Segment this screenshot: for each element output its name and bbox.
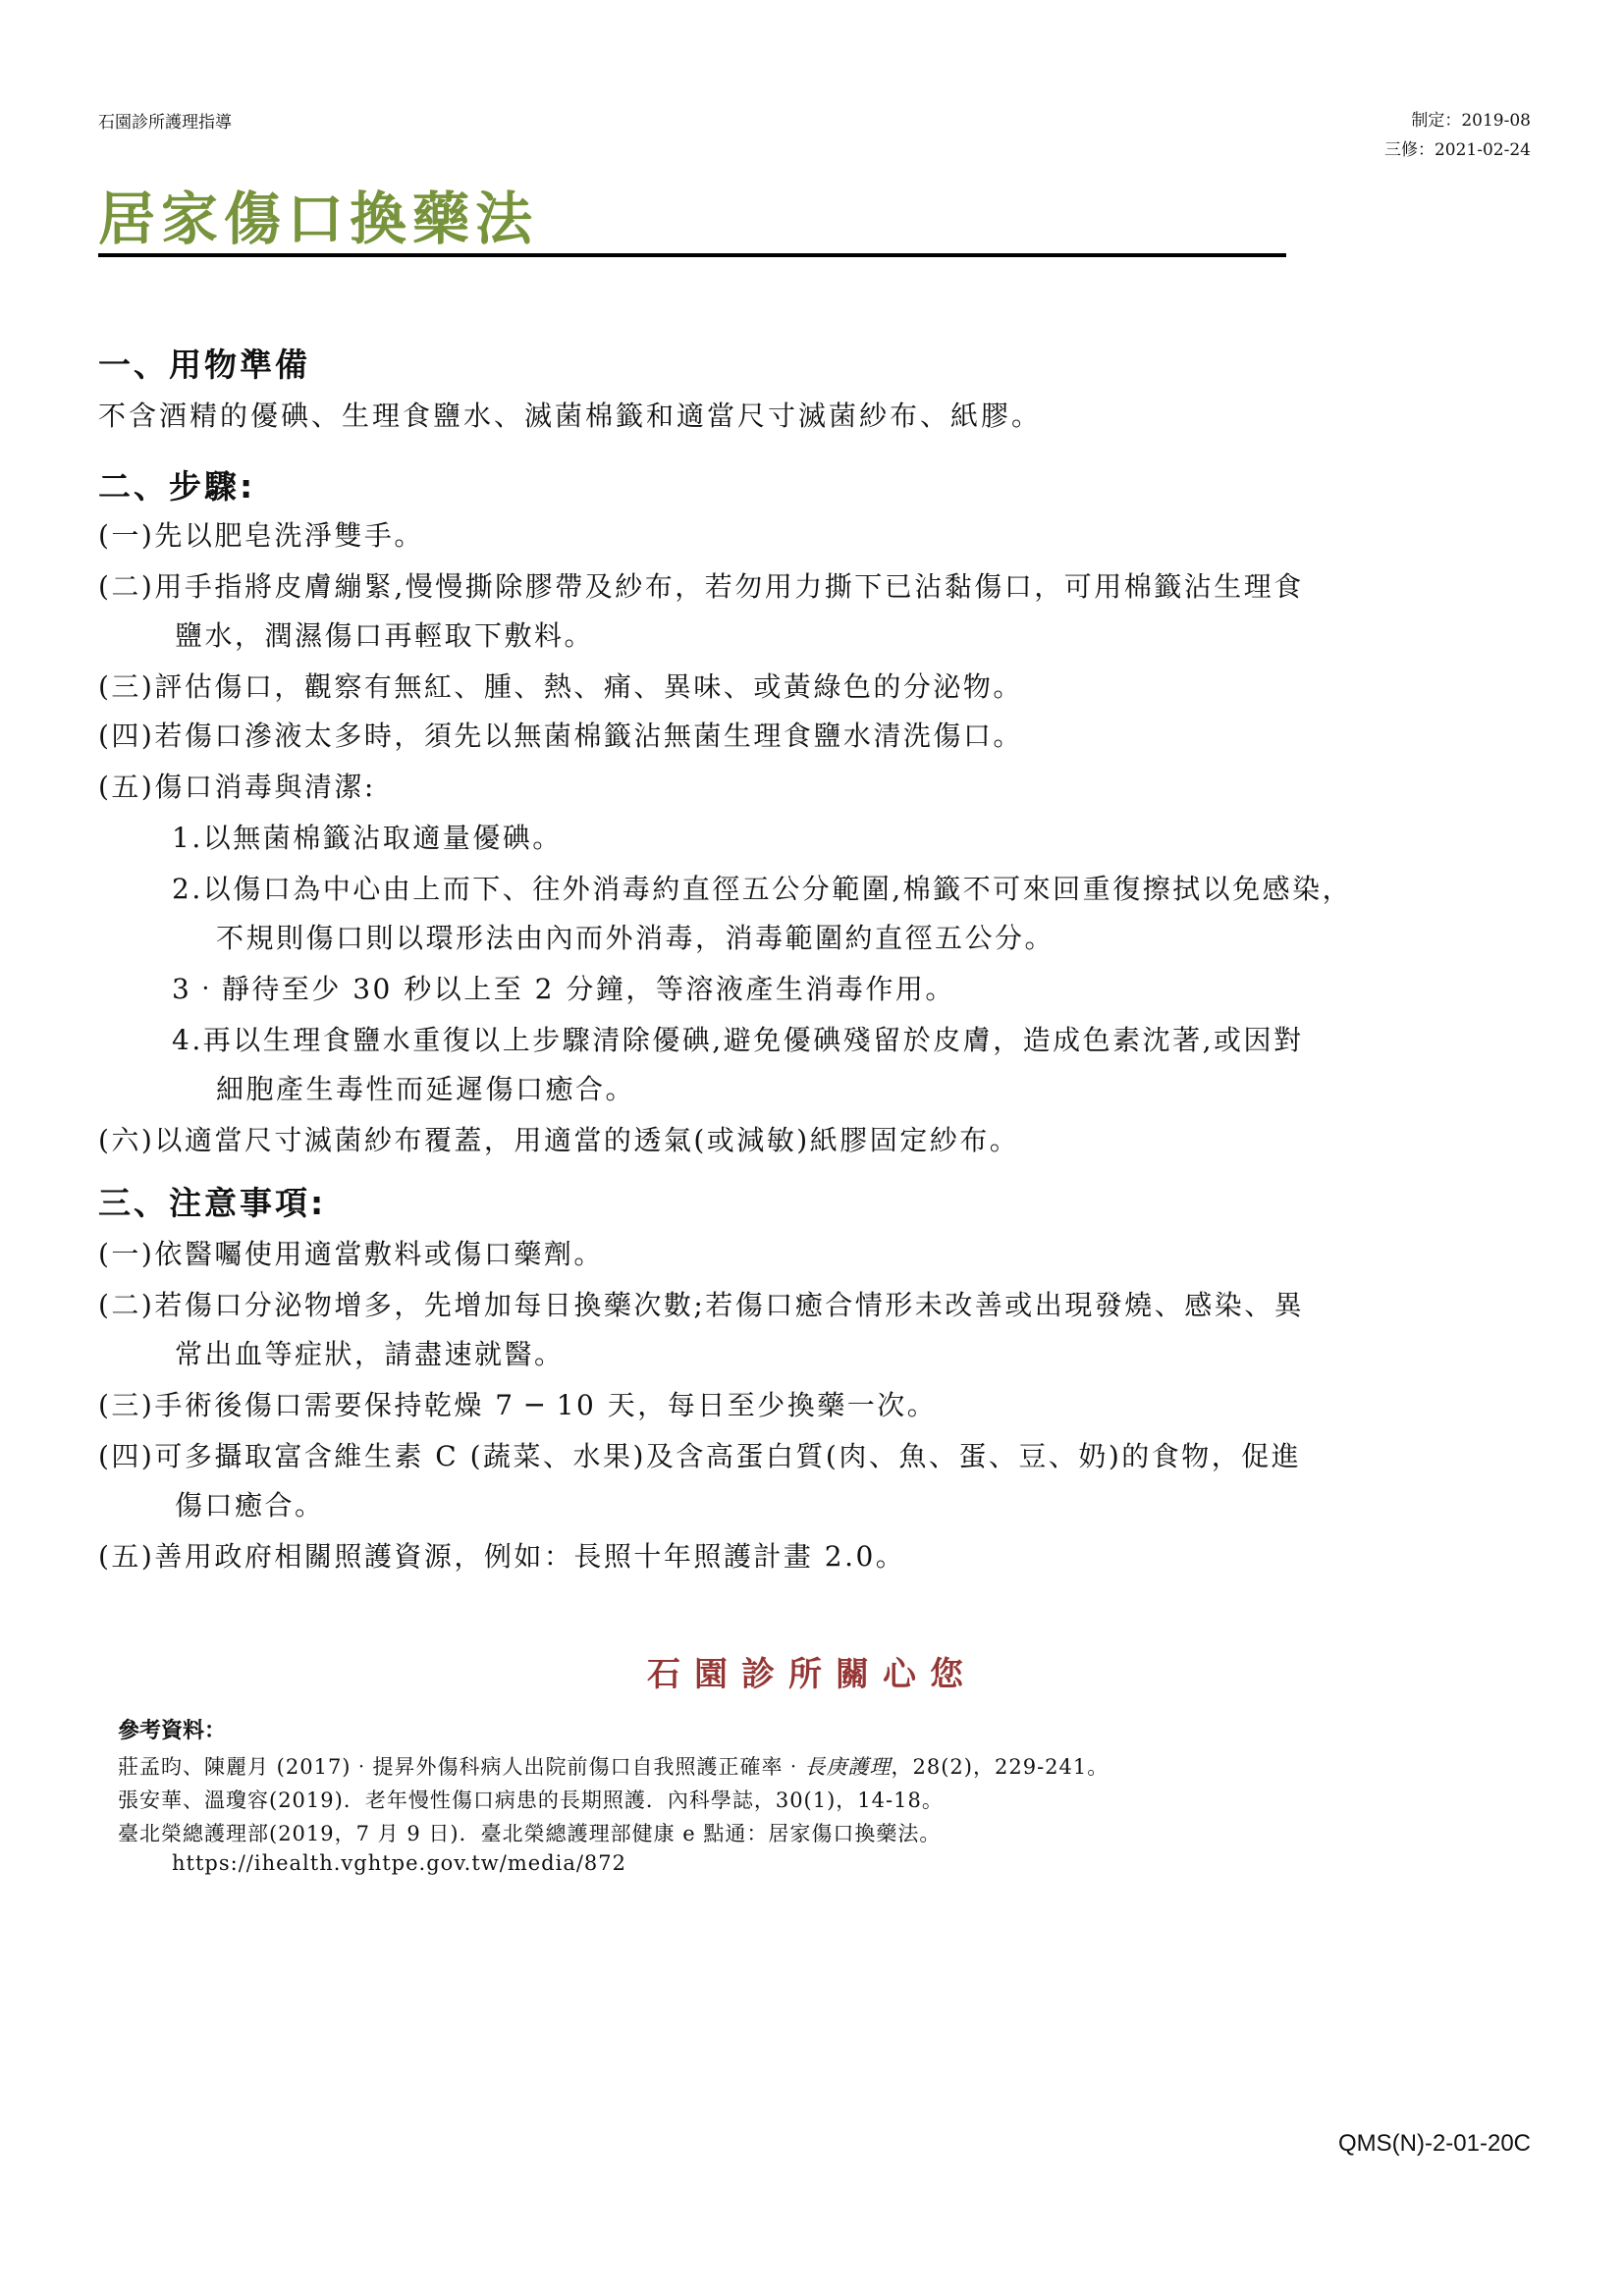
title-divider [98,253,1286,257]
list-item-continuation: 傷口癒合。 [175,1484,325,1523]
list-item: (三)手術後傷口需要保持乾燥 7 ─ 10 天，每日至少換藥一次。 [98,1384,937,1423]
sub-list-item-continuation: 細胞產生毒性而延遲傷口癒合。 [216,1068,635,1107]
section-heading-notes: 三、注意事項: [98,1178,326,1224]
list-item: (一)依醫囑使用適當敷料或傷口藥劑。 [98,1233,604,1272]
sub-list-item: 2.以傷口為中心由上而下、往外消毒約直徑五公分範圍,棉籤不可來回重復擦拭以免感染… [172,868,1352,907]
list-item-continuation: 鹽水，潤濕傷口再輕取下敷料。 [175,614,594,654]
reference-item: 臺北榮總護理部(2019，7 月 9 日)．臺北榮總護理部健康 e 點通：居家傷… [118,1818,941,1847]
section-heading-steps: 二、步驟: [98,461,255,507]
list-item: (四)可多攝取富含維生素 C (蔬菜、水果)及含高蛋白質(肉、魚、蛋、豆、奶)的… [98,1435,1301,1474]
sub-list-item-continuation: 不規則傷口則以環形法由內而外消毒，消毒範圍約直徑五公分。 [216,917,1055,956]
list-item: (一)先以肥皂洗淨雙手。 [98,514,424,554]
document-code: QMS(N)-2-01-20C [1338,2130,1531,2158]
list-item: (三)評估傷口，觀察有無紅、腫、熱、痛、異味、或黃綠色的分泌物。 [98,666,1023,705]
section-heading-supplies: 一、用物準備 [98,340,310,386]
list-item: (六)以適當尺寸滅菌紗布覆蓋，用適當的透氣(或減敏)紙膠固定紗布。 [98,1119,1019,1158]
list-item-continuation: 常出血等症狀，請盡速就醫。 [175,1333,565,1372]
reference-item: 莊孟昀、陳麗月 (2017)‧提昇外傷科病人出院前傷口自我照護正確率‧長庚護理，… [118,1751,1109,1781]
reference-item: 張安華、溫瓊容(2019)．老年慢性傷口病患的長期照護．內科學誌，30(1)，1… [118,1785,944,1814]
reference-url[interactable]: https://ihealth.vghtpe.gov.tw/media/872 [172,1851,626,1875]
revision-date: 三修：2021-02-24 [1384,135,1531,165]
closing-message: 石園診所關心您 [0,1647,1624,1695]
list-item: (二)若傷口分泌物增多，先增加每日換藥次數;若傷口癒合情形未改善或出現發燒、感染… [98,1284,1304,1323]
reference-text: 莊孟昀、陳麗月 (2017)‧提昇外傷科病人出院前傷口自我照護正確率‧ [118,1755,805,1779]
established-date: 制定：2019-08 [1384,106,1531,135]
reference-text: ，28(2)，229-241。 [892,1755,1110,1779]
org-label: 石園診所護理指導 [98,108,232,133]
supplies-text: 不含酒精的優碘、生理食鹽水、滅菌棉籤和適當尺寸滅菌紗布、紙膠。 [98,395,1042,434]
list-item: (二)用手指將皮膚繃緊,慢慢撕除膠帶及紗布，若勿用力撕下已沾黏傷口，可用棉籤沾生… [98,565,1304,605]
revision-info: 制定：2019-08 三修：2021-02-24 [1384,106,1531,165]
sub-list-item: 3‧靜待至少 30 秒以上至 2 分鐘，等溶液產生消毒作用。 [172,968,955,1007]
list-item: (四)若傷口滲液太多時，須先以無菌棉籤沾無菌生理食鹽水清洗傷口。 [98,715,1023,754]
list-item: (五)善用政府相關照護資源，例如：長照十年照護計畫 2.0。 [98,1535,905,1575]
sub-list-item: 4.再以生理食鹽水重復以上步驟清除優碘,避免優碘殘留於皮膚，造成色素沈著,或因對 [172,1019,1304,1058]
list-item: (五)傷口消毒與清潔: [98,766,376,805]
page-title: 居家傷口換藥法 [98,173,538,255]
references-heading: 參考資料： [118,1714,226,1744]
sub-list-item: 1.以無菌棉籤沾取適量優碘。 [172,817,563,856]
reference-journal: 長庚護理 [805,1755,892,1779]
